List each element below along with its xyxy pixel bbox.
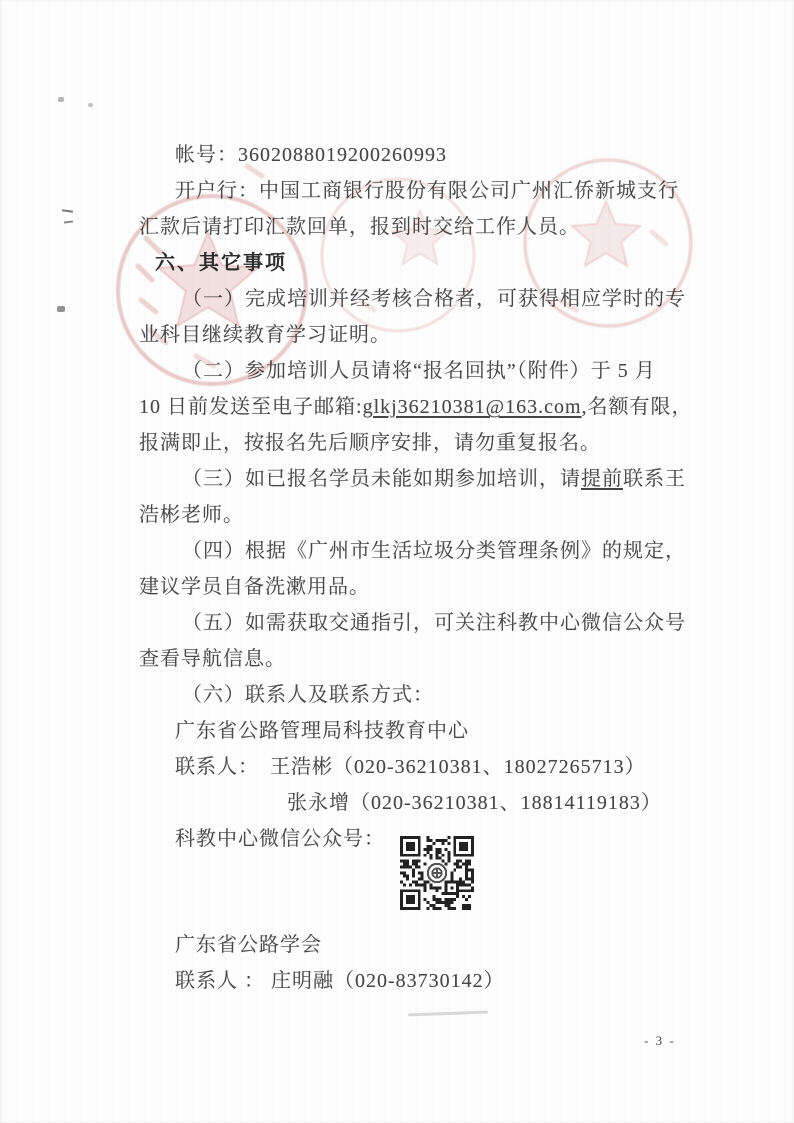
text-segment: （三）如已报名学员未能如期参加培训，请 <box>182 468 581 490</box>
text-segment: 六、其它事项 <box>155 252 287 274</box>
text-segment: 联系王 <box>623 468 686 490</box>
text-segment: （四）根据《广州市生活垃圾分类管理条例》的规定， <box>182 540 686 562</box>
text-segment: （五）如需获取交通指引，可关注科教中心微信公众号 <box>182 612 686 634</box>
text-segment: 报满即止，按报名先后顺序安排，请勿重复报名。 <box>139 432 601 454</box>
qr-code <box>400 836 474 910</box>
text-line: 联系人 ： 庄明融（020-83730142） <box>139 964 699 1000</box>
text-segment: 业科目继续教育学习证明。 <box>139 324 391 346</box>
document-page: 帐号：3602088019200260993开户行：中国工商银行股份有限公司广州… <box>0 0 794 1123</box>
text-segment: 汇款后请打印汇款回单，报到时交给工作人员。 <box>139 216 580 238</box>
wechat-account-label: 科教中心微信公众号： <box>139 822 385 858</box>
text-line: 浩彬老师。 <box>139 498 699 534</box>
text-segment: 开户行：中国工商银行股份有限公司广州汇侨新城支行 <box>175 180 679 202</box>
scan-speck <box>57 306 65 312</box>
text-segment: 张永增（020-36210381、18814119183） <box>287 792 662 814</box>
text-segment: 浩彬老师。 <box>139 504 244 526</box>
text-line: 查看导航信息。 <box>139 642 699 678</box>
text-segment: ,名额有限， <box>582 396 693 418</box>
text-line: 帐号：3602088019200260993 <box>139 138 699 174</box>
text-line: 10 日前发送至电子邮箱:glkj36210381@163.com,名额有限， <box>139 390 699 426</box>
scan-speck <box>64 221 73 224</box>
text-line: （四）根据《广州市生活垃圾分类管理条例》的规定， <box>139 534 699 570</box>
text-segment: （六）联系人及联系方式： <box>182 684 434 706</box>
qr-center-logo-icon <box>426 862 447 883</box>
page-number: - 3 - <box>644 1033 676 1049</box>
email-address: glkj36210381@163.com <box>363 396 582 418</box>
text-line: （二）参加培训人员请将“报名回执”（附件）于 5 月 <box>139 354 699 390</box>
text-line: 建议学员自备洗漱用品。 <box>139 570 699 606</box>
text-segment: 建议学员自备洗漱用品。 <box>139 576 370 598</box>
text-block-top: 帐号：3602088019200260993开户行：中国工商银行股份有限公司广州… <box>139 138 699 822</box>
text-block-bottom: 广东省公路学会联系人 ： 庄明融（020-83730142） <box>139 928 699 1000</box>
text-segment: （二）参加培训人员请将“报名回执”（附件）于 5 月 <box>182 360 656 382</box>
underlined-text: 提前 <box>581 468 623 490</box>
text-segment: 广东省公路管理局科技教育中心 <box>175 720 469 742</box>
text-line: 张永增（020-36210381、18814119183） <box>139 786 699 822</box>
text-line: 联系人： 王浩彬（020-36210381、18027265713） <box>139 750 699 786</box>
text-line: 广东省公路管理局科技教育中心 <box>139 714 699 750</box>
text-line: （三）如已报名学员未能如期参加培训，请提前联系王 <box>139 462 699 498</box>
text-line: 广东省公路学会 <box>139 928 699 964</box>
text-line: （一）完成培训并经考核合格者，可获得相应学时的专 <box>139 282 699 318</box>
text-segment: 联系人： 王浩彬（020-36210381、18027265713） <box>175 756 646 778</box>
document-body: 帐号：3602088019200260993开户行：中国工商银行股份有限公司广州… <box>139 138 699 1000</box>
text-segment: 联系人 ： 庄明融（020-83730142） <box>175 970 505 992</box>
scan-speck <box>88 103 93 107</box>
text-segment: 查看导航信息。 <box>139 648 286 670</box>
section-heading: 六、其它事项 <box>139 246 699 282</box>
text-line: 汇款后请打印汇款回单，报到时交给工作人员。 <box>139 210 699 246</box>
text-line: 业科目继续教育学习证明。 <box>139 318 699 354</box>
text-segment: 10 日前发送至电子邮箱: <box>139 396 363 418</box>
text-line: 报满即止，按报名先后顺序安排，请勿重复报名。 <box>139 426 699 462</box>
wechat-qr-row: 科教中心微信公众号： <box>139 822 699 914</box>
text-line: （六）联系人及联系方式： <box>139 678 699 714</box>
scan-speck <box>58 97 64 102</box>
text-segment: 广东省公路学会 <box>175 934 322 956</box>
text-segment: （一）完成培训并经考核合格者，可获得相应学时的专 <box>182 288 686 310</box>
scan-speck <box>62 209 73 213</box>
scan-smudge <box>408 1011 488 1017</box>
text-segment: 帐号：3602088019200260993 <box>175 144 447 166</box>
text-line: 开户行：中国工商银行股份有限公司广州汇侨新城支行 <box>139 174 699 210</box>
text-line: （五）如需获取交通指引，可关注科教中心微信公众号 <box>139 606 699 642</box>
